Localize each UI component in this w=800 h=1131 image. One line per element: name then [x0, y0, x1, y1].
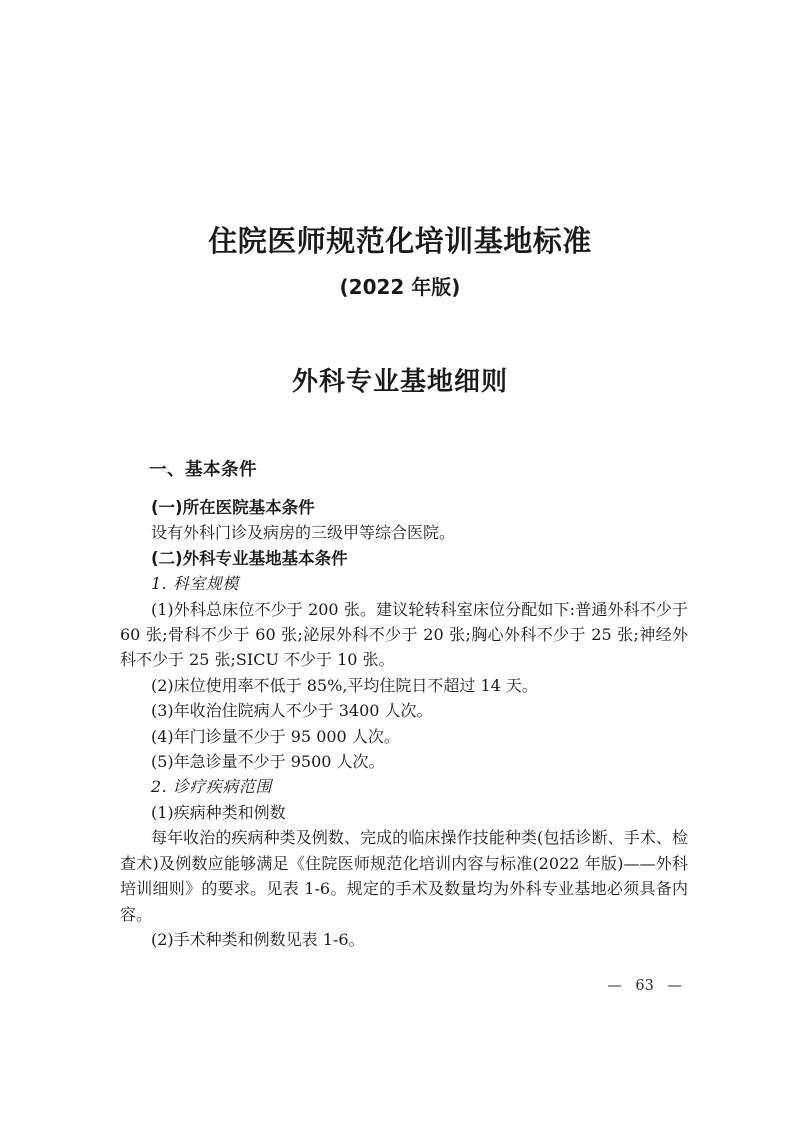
body-paragraph: (2)床位使用率不低于 85%,平均住院日不超过 14 天。	[120, 673, 688, 698]
body-paragraph: (3)年收治住院病人不少于 3400 人次。	[120, 698, 688, 723]
section-heading: 一、基本条件	[120, 459, 688, 482]
body-paragraph: 设有外科门诊及病房的三级甲等综合医院。	[120, 520, 688, 545]
edition-subtitle: (2022 年版)	[0, 273, 800, 301]
chapter-title: 外科专业基地细则	[0, 367, 800, 397]
numbered-subheading: 2. 诊疗疾病范围	[120, 774, 688, 799]
page-number: — 63 —	[607, 978, 682, 994]
main-title: 住院医师规范化培训基地标准	[0, 223, 800, 259]
subsection-heading: (一)所在医院基本条件	[120, 495, 688, 520]
body-paragraph: (1)外科总床位不少于 200 张。建议轮转科室床位分配如下:普通外科不少于 6…	[120, 597, 688, 673]
document-body: 一、基本条件 (一)所在医院基本条件 设有外科门诊及病房的三级甲等综合医院。 (…	[120, 459, 688, 952]
page-footer: — 63 —	[120, 977, 682, 995]
body-paragraph: (4)年门诊量不少于 95 000 人次。	[120, 724, 688, 749]
body-paragraph: (2)手术种类和例数见表 1-6。	[120, 927, 688, 952]
body-paragraph: 每年收治的疾病种类及例数、完成的临床操作技能种类(包括诊断、手术、检查术)及例数…	[120, 825, 688, 927]
body-paragraph: (1)疾病种类和例数	[120, 800, 688, 825]
numbered-subheading: 1. 科室规模	[120, 571, 688, 596]
subsection-heading: (二)外科专业基地基本条件	[120, 546, 688, 571]
document-page: 住院医师规范化培训基地标准 (2022 年版) 外科专业基地细则 一、基本条件 …	[0, 0, 800, 1131]
body-paragraph: (5)年急诊量不少于 9500 人次。	[120, 749, 688, 774]
